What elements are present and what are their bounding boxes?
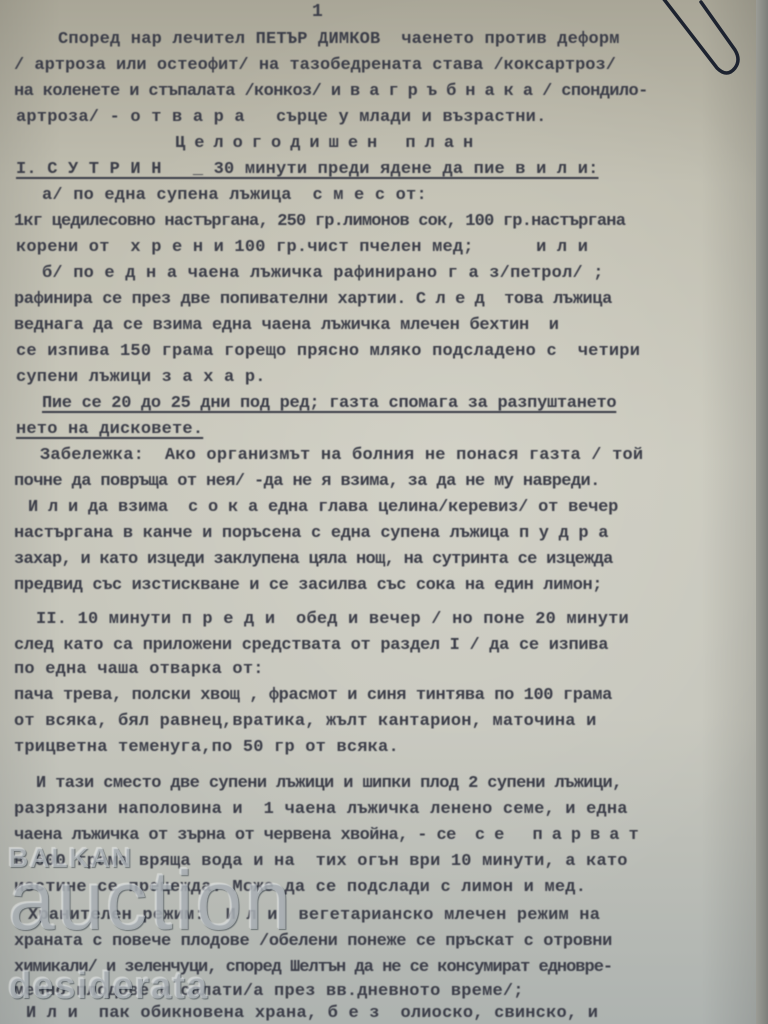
text-line: пача трева, полски хвощ , фрасмот и синя… <box>14 686 612 705</box>
text-line: почне да повръща от нея/ -да не я взима,… <box>14 472 600 491</box>
text-line: а/ по една супена лъжица с м е с от: <box>42 186 427 205</box>
page-edge <box>756 0 768 1024</box>
text-line: на коленете и стъпалата /конкоз/ и в а г… <box>14 82 648 101</box>
text-line: рафинира се през две попивателни хартии.… <box>14 290 612 309</box>
section-heading-lunch: II. 10 минути п р е д и обед и вечер / н… <box>36 610 629 629</box>
text-line: / артроза или остеофит/ на тазобедрената… <box>14 56 616 75</box>
section-heading-morning: I. С У Т Р И Н _ 30 минути преди ядене д… <box>16 160 599 179</box>
text-line: корени от х р е н и 100 гр.чист пчелен м… <box>16 238 588 257</box>
text-line: 1кг цедилесовно настъргана, 250 гр.лимон… <box>14 212 625 231</box>
text-line: след като са приложени средствата от раз… <box>14 636 608 655</box>
watermark-auction: auction <box>8 852 293 949</box>
text-line: б/ по е д н а чаена лъжичка рафинирано г… <box>42 264 604 283</box>
text-line: трицветна теменуга,по 50 гр от всяка. <box>14 738 399 757</box>
text-line-underlined: нето на дисковете. <box>16 420 203 439</box>
text-line: супени лъжици з а х а р. <box>16 368 266 387</box>
text-line: се изпива 150 грама горещо прясно мляко … <box>16 342 640 361</box>
text-line: предвид със изстискване и се засилва със… <box>14 576 602 595</box>
text-line-underlined: Пие се 20 до 25 дни под ред; газта спома… <box>42 394 616 413</box>
text-line: И л и да взима с о к а една глава целина… <box>28 498 618 517</box>
text-line: разрязани наполовина и 1 чаена лъжичка л… <box>14 800 628 819</box>
text-line: веднага да се взима една чаена лъжичка м… <box>14 316 559 335</box>
text-line: настъргана в канче и поръсена с една суп… <box>14 524 608 543</box>
page-number: 1 <box>312 2 323 22</box>
paper-clip-icon <box>655 0 745 84</box>
note-line: Забележка: Ако организмът на болния не п… <box>40 446 643 465</box>
text-line: И тази сместо две супени лъжици и шипки … <box>36 774 622 793</box>
text-line: Според нар лечител ПЕТЪР ДИМКОВ чаенето … <box>58 30 620 49</box>
watermark-desiderata: desiderata <box>8 965 208 1008</box>
text-line: захар, и като изцеди заклупена цяла нощ,… <box>14 550 613 569</box>
text-line: артроза/ - о т в а р а сърце у млади и в… <box>16 108 547 127</box>
section-title: Целогодишен план <box>175 134 482 153</box>
text-line: от всяка, бял равнец,вратика, жълт канта… <box>14 712 597 731</box>
text-line: по една чаша отварка от: <box>14 660 264 679</box>
